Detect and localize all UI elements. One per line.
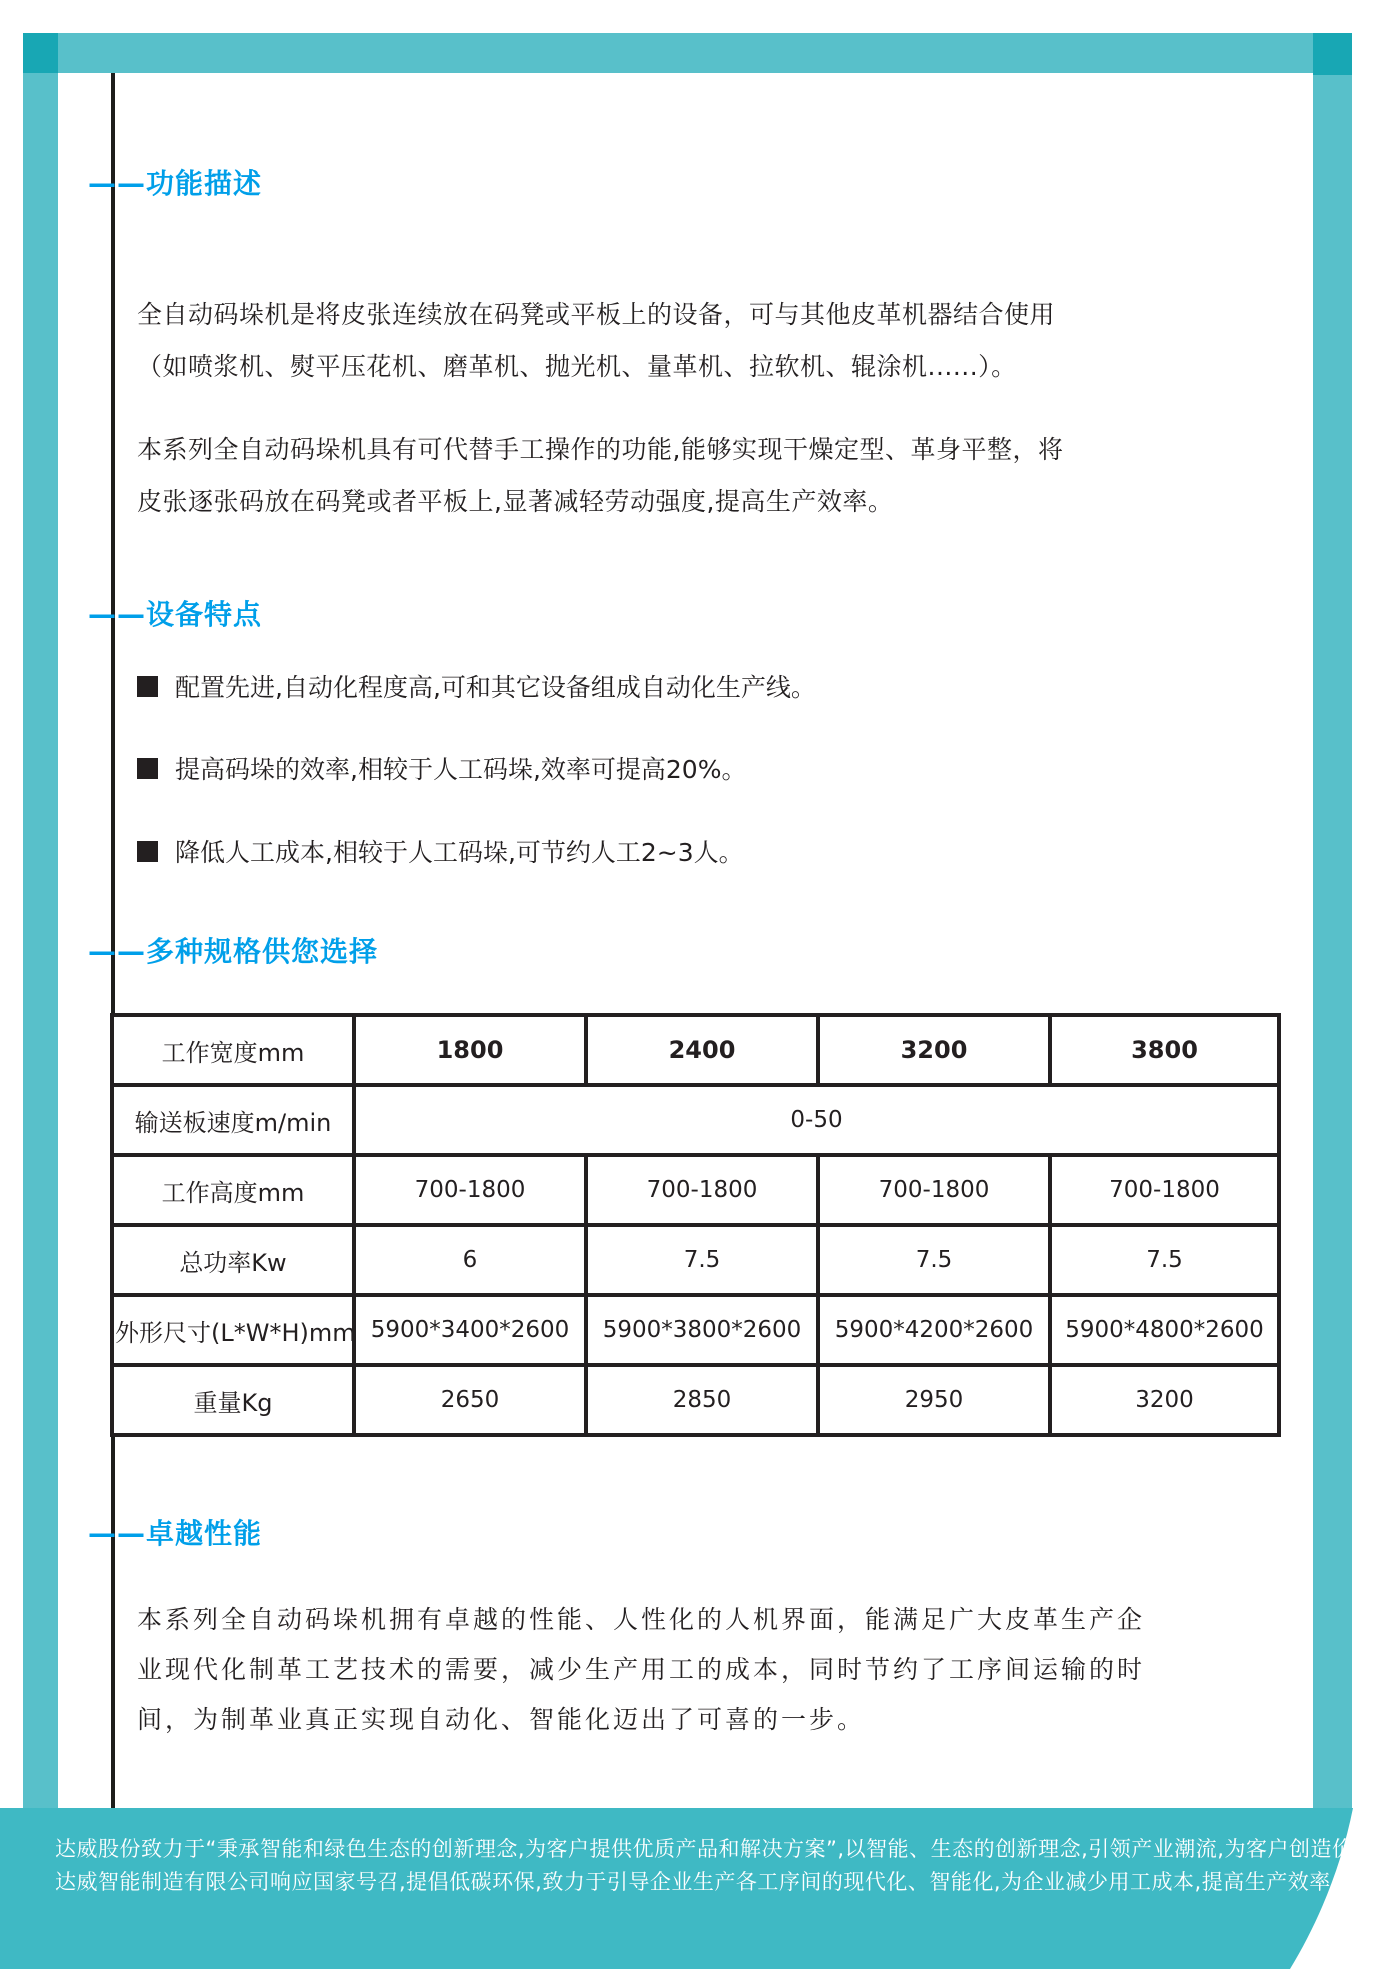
table-cell-label: 外形尺寸(L*W*H)mm	[112, 1295, 354, 1365]
table-cell: 3800	[1050, 1015, 1279, 1085]
table-cell: 1800	[354, 1015, 586, 1085]
table-cell: 5900*3800*2600	[586, 1295, 818, 1365]
feature-bullet-row: 配置先进,自动化程度高,可和其它设备组成自动化生产线。	[137, 668, 816, 704]
footer-text-line1: 达威股份致力于“秉承智能和绿色生态的创新理念,为客户提供优质产品和解决方案”,以…	[55, 1833, 1386, 1863]
frame-top-band	[58, 33, 1313, 73]
feature-bullet-row: 降低人工成本,相较于人工码垛,可节约人工2~3人。	[137, 833, 744, 869]
square-bullet-icon	[137, 758, 158, 779]
specs-table: 工作宽度mm 1800 2400 3200 3800 输送板速度m/min 0-…	[110, 1013, 1281, 1437]
frame-left-bar	[23, 73, 58, 1808]
square-bullet-icon	[137, 676, 158, 697]
feature-bullet-row: 提高码垛的效率,相较于人工码垛,效率可提高20%。	[137, 750, 746, 786]
table-cell: 2850	[586, 1365, 818, 1435]
table-cell: 2400	[586, 1015, 818, 1085]
function-paragraph1-line2: （如喷浆机、熨平压花机、磨革机、抛光机、量革机、拉软机、辊涂机......）。	[137, 347, 1017, 383]
frame-right-bar	[1313, 75, 1352, 1808]
footer-corner-swoosh	[1266, 1808, 1386, 1969]
table-row: 重量Kg 2650 2850 2950 3200	[112, 1365, 1279, 1435]
table-cell-label: 工作宽度mm	[112, 1015, 354, 1085]
table-cell: 5900*4200*2600	[818, 1295, 1050, 1365]
table-cell: 700-1800	[818, 1155, 1050, 1225]
footer-text-line2: 达威智能制造有限公司响应国家号召,提倡低碳环保,致力于引导企业生产各工序间的现代…	[55, 1866, 1352, 1896]
table-cell: 3200	[1050, 1365, 1279, 1435]
table-cell: 700-1800	[354, 1155, 586, 1225]
table-row: 输送板速度m/min 0-50	[112, 1085, 1279, 1155]
table-row: 总功率Kw 6 7.5 7.5 7.5	[112, 1225, 1279, 1295]
function-paragraph2-line1: 本系列全自动码垛机具有可代替手工操作的功能,能够实现干燥定型、革身平整，将	[137, 430, 1063, 466]
feature-bullet-text: 配置先进,自动化程度高,可和其它设备组成自动化生产线。	[175, 668, 816, 704]
section-heading-specs: ——多种规格供您选择	[88, 930, 378, 970]
performance-line1: 本系列全自动码垛机拥有卓越的性能、人性化的人机界面，能满足广大皮革生产企	[137, 1600, 1145, 1636]
table-cell-label: 重量Kg	[112, 1365, 354, 1435]
table-cell: 3200	[818, 1015, 1050, 1085]
table-row: 外形尺寸(L*W*H)mm 5900*3400*2600 5900*3800*2…	[112, 1295, 1279, 1365]
brochure-page: ——功能描述 全自动码垛机是将皮张连续放在码凳或平板上的设备，可与其他皮革机器结…	[0, 0, 1386, 1969]
performance-line3: 间，为制革业真正实现自动化、智能化迈出了可喜的一步。	[137, 1700, 865, 1736]
table-row: 工作高度mm 700-1800 700-1800 700-1800 700-18…	[112, 1155, 1279, 1225]
frame-corner-square-top-right	[1313, 33, 1352, 75]
table-cell-label: 输送板速度m/min	[112, 1085, 354, 1155]
table-cell: 5900*3400*2600	[354, 1295, 586, 1365]
table-cell: 5900*4800*2600	[1050, 1295, 1279, 1365]
table-cell: 700-1800	[1050, 1155, 1279, 1225]
table-cell: 7.5	[1050, 1225, 1279, 1295]
table-cell-label: 工作高度mm	[112, 1155, 354, 1225]
section-heading-performance: ——卓越性能	[88, 1512, 262, 1552]
table-cell: 7.5	[586, 1225, 818, 1295]
section-heading-function: ——功能描述	[88, 162, 262, 202]
function-paragraph1-line1: 全自动码垛机是将皮张连续放在码凳或平板上的设备，可与其他皮革机器结合使用	[137, 295, 1055, 331]
table-cell-span: 0-50	[354, 1085, 1279, 1155]
table-cell: 2950	[818, 1365, 1050, 1435]
table-cell: 6	[354, 1225, 586, 1295]
section-heading-features: ——设备特点	[88, 593, 262, 633]
table-cell: 2650	[354, 1365, 586, 1435]
feature-bullet-text: 降低人工成本,相较于人工码垛,可节约人工2~3人。	[175, 833, 744, 869]
function-paragraph2-line2: 皮张逐张码放在码凳或者平板上,显著减轻劳动强度,提高生产效率。	[137, 482, 893, 518]
frame-corner-square-top-left	[23, 33, 58, 73]
feature-bullet-text: 提高码垛的效率,相较于人工码垛,效率可提高20%。	[175, 750, 746, 786]
table-row: 工作宽度mm 1800 2400 3200 3800	[112, 1015, 1279, 1085]
square-bullet-icon	[137, 841, 158, 862]
performance-line2: 业现代化制革工艺技术的需要，减少生产用工的成本，同时节约了工序间运输的时	[137, 1650, 1145, 1686]
table-cell-label: 总功率Kw	[112, 1225, 354, 1295]
table-cell: 700-1800	[586, 1155, 818, 1225]
table-cell: 7.5	[818, 1225, 1050, 1295]
